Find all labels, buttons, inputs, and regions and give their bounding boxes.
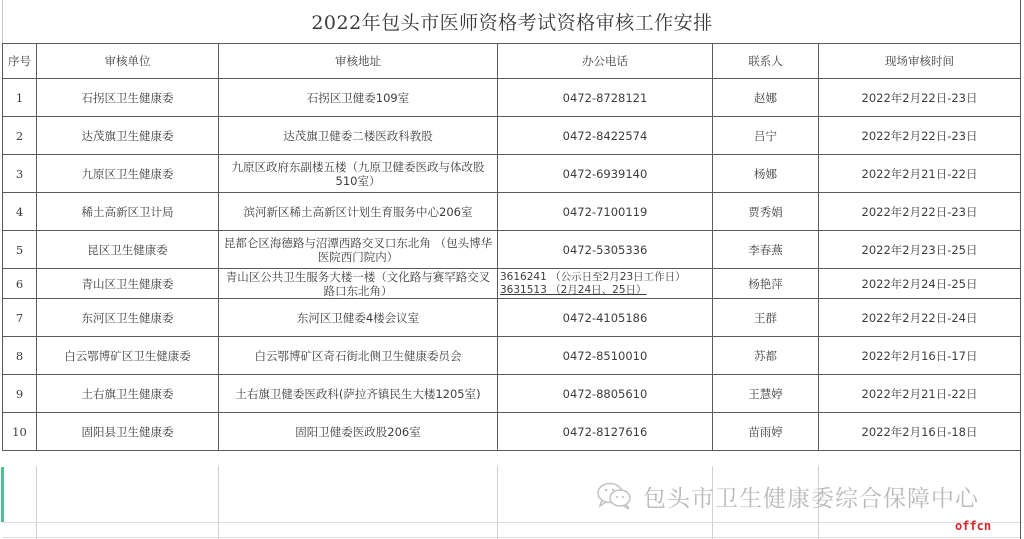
cell-no[interactable]: 4: [3, 193, 37, 231]
header-no[interactable]: 序号: [3, 44, 37, 79]
cell-no[interactable]: 1: [3, 79, 37, 117]
cell-unit[interactable]: 土右旗卫生健康委: [37, 375, 219, 413]
cell-unit[interactable]: 青山区卫生健康委: [37, 269, 219, 299]
cell-phone[interactable]: 0472-8805610: [498, 375, 713, 413]
table-row: 4 稀土高新区卫计局 滨河新区稀土高新区计划生育服务中心206室 0472-71…: [3, 193, 1021, 231]
cell-address[interactable]: 九原区政府东副楼五楼（九原卫健委医政与体改股510室）: [219, 155, 498, 193]
cell-phone[interactable]: 0472-8422574: [498, 117, 713, 155]
cell-no[interactable]: 10: [3, 413, 37, 451]
wechat-watermark: 包头市卫生健康委综合保障中心: [595, 478, 979, 514]
header-address[interactable]: 审核地址: [219, 44, 498, 79]
cell-contact[interactable]: 杨娜: [713, 155, 819, 193]
header-review-time[interactable]: 现场审核时间: [819, 44, 1021, 79]
cell-review-time[interactable]: 2022年2月22日-24日: [819, 299, 1021, 337]
gridline: [497, 466, 498, 539]
cell-unit[interactable]: 白云鄂博矿区卫生健康委: [37, 337, 219, 375]
gridline: [2, 537, 1022, 538]
cell-review-time[interactable]: 2022年2月21日-22日: [819, 375, 1021, 413]
gridline: [2, 522, 1022, 523]
cell-phone[interactable]: 0472-5305336: [498, 231, 713, 269]
row-selection-indicator: [1, 467, 4, 522]
cell-contact[interactable]: 王群: [713, 299, 819, 337]
cell-address[interactable]: 青山区公共卫生服务大楼一楼（文化路与赛罕路交叉路口东北角）: [219, 269, 498, 299]
phone-line-1: 3616241 （公示日至2月23日工作日）: [500, 271, 708, 284]
sheet-right-border: [1020, 0, 1021, 539]
cell-phone[interactable]: 0472-8728121: [498, 79, 713, 117]
cell-contact[interactable]: 苗雨婷: [713, 413, 819, 451]
header-phone[interactable]: 办公电话: [498, 44, 713, 79]
cell-phone[interactable]: 0472-7100119: [498, 193, 713, 231]
table-row: 3 九原区卫生健康委 九原区政府东副楼五楼（九原卫健委医政与体改股510室） 0…: [3, 155, 1021, 193]
table-row: 7 东河区卫生健康委 东河区卫健委4楼会议室 0472-4105186 王群 2…: [3, 299, 1021, 337]
cell-phone[interactable]: 3616241 （公示日至2月23日工作日） 3631513 （2月24日、25…: [498, 269, 713, 299]
cell-address[interactable]: 白云鄂博矿区奇石街北侧卫生健康委员会: [219, 337, 498, 375]
watermark-text: 包头市卫生健康委综合保障中心: [643, 480, 979, 513]
cell-contact[interactable]: 贾秀娟: [713, 193, 819, 231]
document-title: 2022年包头市医师资格考试资格审核工作安排: [2, 0, 1021, 43]
offcn-brand-mark: offcn: [955, 519, 991, 533]
cell-contact[interactable]: 李春燕: [713, 231, 819, 269]
cell-contact[interactable]: 赵娜: [713, 79, 819, 117]
cell-review-time[interactable]: 2022年2月16日-18日: [819, 413, 1021, 451]
table-row: 5 昆区卫生健康委 昆都仑区海德路与沼潭西路交叉口东北角 （包头博华医院西门院内…: [3, 231, 1021, 269]
cell-review-time[interactable]: 2022年2月16日-17日: [819, 337, 1021, 375]
table-row: 1 石拐区卫生健康委 石拐区卫健委109室 0472-8728121 赵娜 20…: [3, 79, 1021, 117]
header-unit[interactable]: 审核单位: [37, 44, 219, 79]
gridline: [36, 466, 37, 539]
table-row: 9 土右旗卫生健康委 土右旗卫健委医政科(萨拉齐镇民生大楼1205室) 0472…: [3, 375, 1021, 413]
cell-review-time[interactable]: 2022年2月23日-25日: [819, 231, 1021, 269]
cell-address[interactable]: 达茂旗卫健委二楼医政科教股: [219, 117, 498, 155]
cell-unit[interactable]: 固阳县卫生健康委: [37, 413, 219, 451]
cell-no[interactable]: 7: [3, 299, 37, 337]
cell-address[interactable]: 土右旗卫健委医政科(萨拉齐镇民生大楼1205室): [219, 375, 498, 413]
cell-phone[interactable]: 0472-8510010: [498, 337, 713, 375]
cell-unit[interactable]: 昆区卫生健康委: [37, 231, 219, 269]
cell-unit[interactable]: 石拐区卫生健康委: [37, 79, 219, 117]
cell-unit[interactable]: 稀土高新区卫计局: [37, 193, 219, 231]
cell-address[interactable]: 东河区卫健委4楼会议室: [219, 299, 498, 337]
cell-review-time[interactable]: 2022年2月22日-23日: [819, 79, 1021, 117]
cell-unit[interactable]: 达茂旗卫生健康委: [37, 117, 219, 155]
cell-address[interactable]: 昆都仑区海德路与沼潭西路交叉口东北角 （包头博华医院西门院内）: [219, 231, 498, 269]
cell-no[interactable]: 9: [3, 375, 37, 413]
cell-contact[interactable]: 王慧婷: [713, 375, 819, 413]
cell-unit[interactable]: 九原区卫生健康委: [37, 155, 219, 193]
phone-line-2: 3631513 （2月24日、25日）: [500, 284, 708, 297]
table-row: 6 青山区卫生健康委 青山区公共卫生服务大楼一楼（文化路与赛罕路交叉路口东北角）…: [3, 269, 1021, 299]
wechat-icon: [595, 481, 635, 511]
cell-review-time[interactable]: 2022年2月21日-22日: [819, 155, 1021, 193]
cell-review-time[interactable]: 2022年2月22日-23日: [819, 117, 1021, 155]
review-schedule-table: 序号 审核单位 审核地址 办公电话 联系人 现场审核时间 1 石拐区卫生健康委 …: [2, 43, 1021, 451]
cell-phone[interactable]: 0472-4105186: [498, 299, 713, 337]
table-row: 2 达茂旗卫生健康委 达茂旗卫健委二楼医政科教股 0472-8422574 吕宁…: [3, 117, 1021, 155]
header-contact[interactable]: 联系人: [713, 44, 819, 79]
cell-unit[interactable]: 东河区卫生健康委: [37, 299, 219, 337]
cell-contact[interactable]: 苏都: [713, 337, 819, 375]
spreadsheet-sheet: 2022年包头市医师资格考试资格审核工作安排 序号 审核单位 审核地址 办公电话…: [0, 0, 1024, 539]
table-row: 10 固阳县卫生健康委 固阳卫健委医政股206室 0472-8127616 苗雨…: [3, 413, 1021, 451]
cell-phone[interactable]: 0472-8127616: [498, 413, 713, 451]
cell-phone[interactable]: 0472-6939140: [498, 155, 713, 193]
cell-no[interactable]: 2: [3, 117, 37, 155]
cell-address[interactable]: 石拐区卫健委109室: [219, 79, 498, 117]
cell-contact[interactable]: 杨艳萍: [713, 269, 819, 299]
cell-address[interactable]: 滨河新区稀土高新区计划生育服务中心206室: [219, 193, 498, 231]
cell-no[interactable]: 8: [3, 337, 37, 375]
cell-review-time[interactable]: 2022年2月22日-23日: [819, 193, 1021, 231]
cell-contact[interactable]: 吕宁: [713, 117, 819, 155]
cell-no[interactable]: 5: [3, 231, 37, 269]
cell-review-time[interactable]: 2022年2月24日-25日: [819, 269, 1021, 299]
table-header-row: 序号 审核单位 审核地址 办公电话 联系人 现场审核时间: [3, 44, 1021, 79]
cell-no[interactable]: 6: [3, 269, 37, 299]
table-row: 8 白云鄂博矿区卫生健康委 白云鄂博矿区奇石街北侧卫生健康委员会 0472-85…: [3, 337, 1021, 375]
cell-no[interactable]: 3: [3, 155, 37, 193]
cell-address[interactable]: 固阳卫健委医政股206室: [219, 413, 498, 451]
gridline: [218, 466, 219, 539]
